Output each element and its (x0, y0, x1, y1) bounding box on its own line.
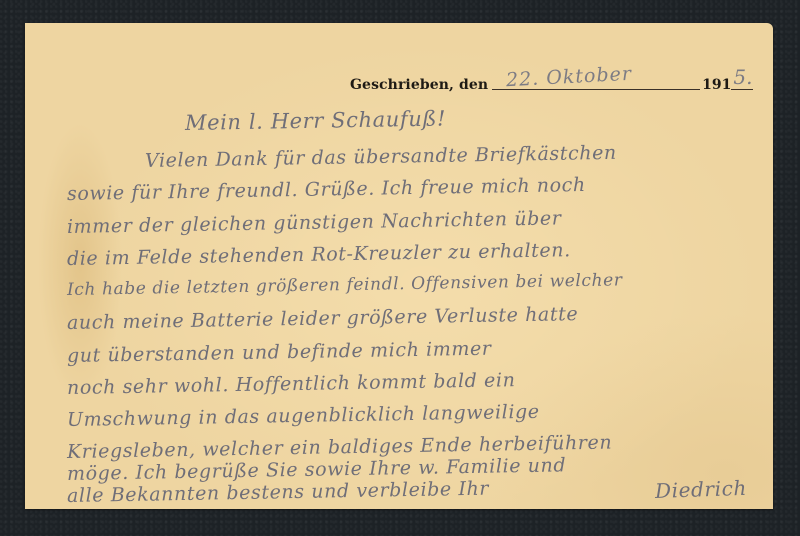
letter-line: sowie für Ihre freundl. Grüße. Ich freue… (67, 174, 586, 205)
letter-line: Umschwung in das augenblicklich langweil… (67, 401, 540, 431)
year-line: 5. (731, 71, 753, 90)
letter-line: gut überstanden und befinde mich immer (67, 338, 492, 367)
letter-line: Vielen Dank für das übersandte Briefkäst… (145, 142, 617, 172)
handwritten-date: 22. Oktober (506, 63, 633, 92)
written-on-label: Geschrieben, den (350, 77, 488, 93)
handwritten-year: 5. (733, 65, 752, 89)
year-prefix: 191 (702, 77, 731, 93)
letter-line: Ich habe die letzten größeren feindl. Of… (67, 270, 623, 300)
date-header: Geschrieben, den 22. Oktober 191 5. (350, 71, 753, 93)
salutation: Mein l. Herr Schaufuß! (185, 106, 446, 135)
letter-line: die im Felde stehenden Rot-Kreuzler zu e… (67, 239, 571, 270)
date-line: 22. Oktober (492, 71, 700, 90)
letter-line: noch sehr wohl. Hoffentlich kommt bald e… (67, 369, 516, 399)
signature: Diedrich (655, 476, 748, 503)
letter-line: immer der gleichen günstigen Nachrichten… (67, 207, 562, 238)
postcard: Geschrieben, den 22. Oktober 191 5. Mein… (25, 23, 773, 509)
letter-line: auch meine Batterie leider größere Verlu… (67, 303, 579, 334)
